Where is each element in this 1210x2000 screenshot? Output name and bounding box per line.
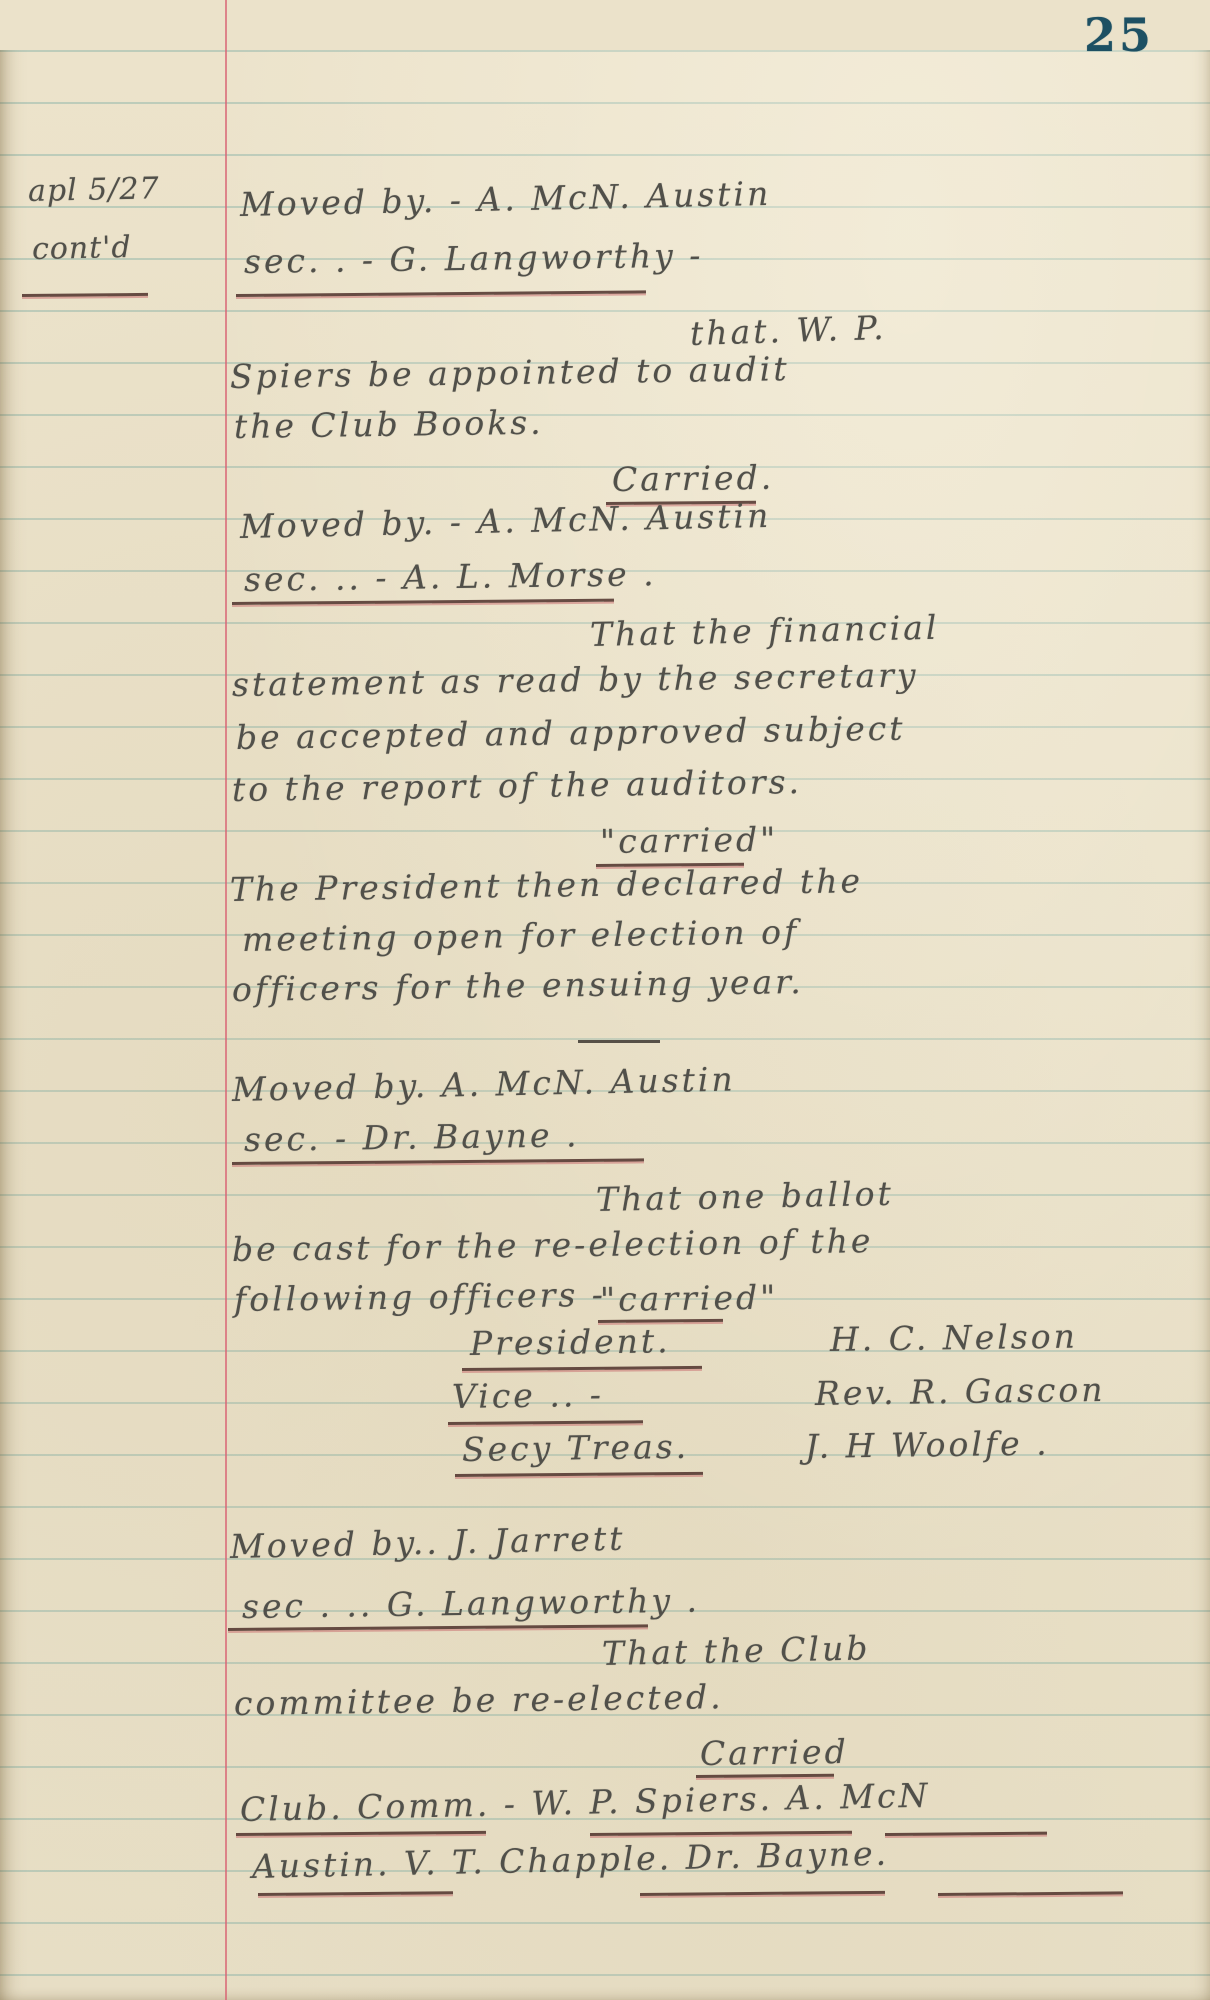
motion1-moved-line: Moved by. - A. McN. Austin <box>240 172 772 227</box>
motion3-seconded-line: sec. - Dr. Bayne . <box>244 1113 580 1162</box>
motion3-intro-line: That one ballot <box>596 1172 895 1222</box>
motion2-moved-line: Moved by. - A. McN. Austin <box>240 494 772 549</box>
margin-rule-line <box>225 0 227 2000</box>
motion2-seconded-line: sec. .. - A. L. Morse . <box>244 552 657 602</box>
declaration-line1: The President then declared the <box>230 859 864 912</box>
motion3-result: "carried" <box>600 1276 779 1322</box>
ink-underline <box>448 1420 643 1425</box>
ink-underline <box>455 1472 703 1477</box>
motion1-body-line1: Spiers be appointed to audit <box>230 347 790 399</box>
motion2-body-line2: be accepted and approved subject <box>236 707 906 760</box>
officer-name: H. C. Nelson <box>830 1315 1078 1362</box>
officer-role: Secy Treas. <box>462 1425 690 1472</box>
ledger-page: 25 apl 5/27 cont'd Moved by. - A. McN. A… <box>0 0 1210 2000</box>
ink-underline <box>640 1891 885 1896</box>
ink-underline <box>236 290 646 297</box>
ink-underline <box>938 1891 1123 1896</box>
declaration-line3: officers for the ensuing year. <box>232 960 804 1012</box>
motion4-intro-line: That the Club <box>602 1626 871 1676</box>
motion3-body-line1: be cast for the re-election of the <box>232 1219 874 1272</box>
motion3-body-line2: following officers - <box>234 1273 607 1322</box>
motion2-body-line1: statement as read by the secretary <box>232 653 919 707</box>
motion2-result: "carried" <box>600 818 779 864</box>
motion4-body-line1: committee be re-elected. <box>234 1675 724 1726</box>
motion2-intro-line: That the financial <box>590 606 940 657</box>
officer-role: Vice .. - <box>452 1373 605 1419</box>
ink-underline <box>258 1891 453 1896</box>
officer-name: Rev. R. Gascon <box>815 1368 1106 1416</box>
committee-line2: Austin. V. T. Chapple. Dr. Bayne. <box>252 1832 890 1889</box>
motion4-result: Carried <box>700 1730 849 1776</box>
margin-note-contd: cont'd <box>32 226 133 272</box>
motion2-body-line3: to the report of the auditors. <box>232 760 803 812</box>
motion1-body-line2: the Club Books. <box>234 401 544 449</box>
officer-name: J. H Woolfe . <box>805 1422 1050 1469</box>
section-divider-dash <box>578 1040 660 1043</box>
ink-underline <box>885 1832 1047 1836</box>
officer-role: President. <box>470 1319 671 1366</box>
ink-underline <box>462 1366 702 1371</box>
motion4-seconded-line: sec . .. G. Langworthy . <box>242 1579 701 1629</box>
motion3-moved-line: Moved by. A. McN. Austin <box>232 1057 737 1112</box>
margin-date: apl 5/27 <box>28 167 160 214</box>
committee-line1: Club. Comm. - W. P. Spiers. A. McN <box>240 1774 931 1832</box>
motion4-moved-line: Moved by.. J. Jarrett <box>230 1517 626 1569</box>
page-number: 25 <box>1084 8 1154 62</box>
motion1-seconded-line: sec. . - G. Langworthy - <box>244 234 704 284</box>
ink-underline <box>22 293 148 297</box>
declaration-line2: meeting open for election of <box>242 910 800 962</box>
ink-underline <box>236 1831 486 1836</box>
